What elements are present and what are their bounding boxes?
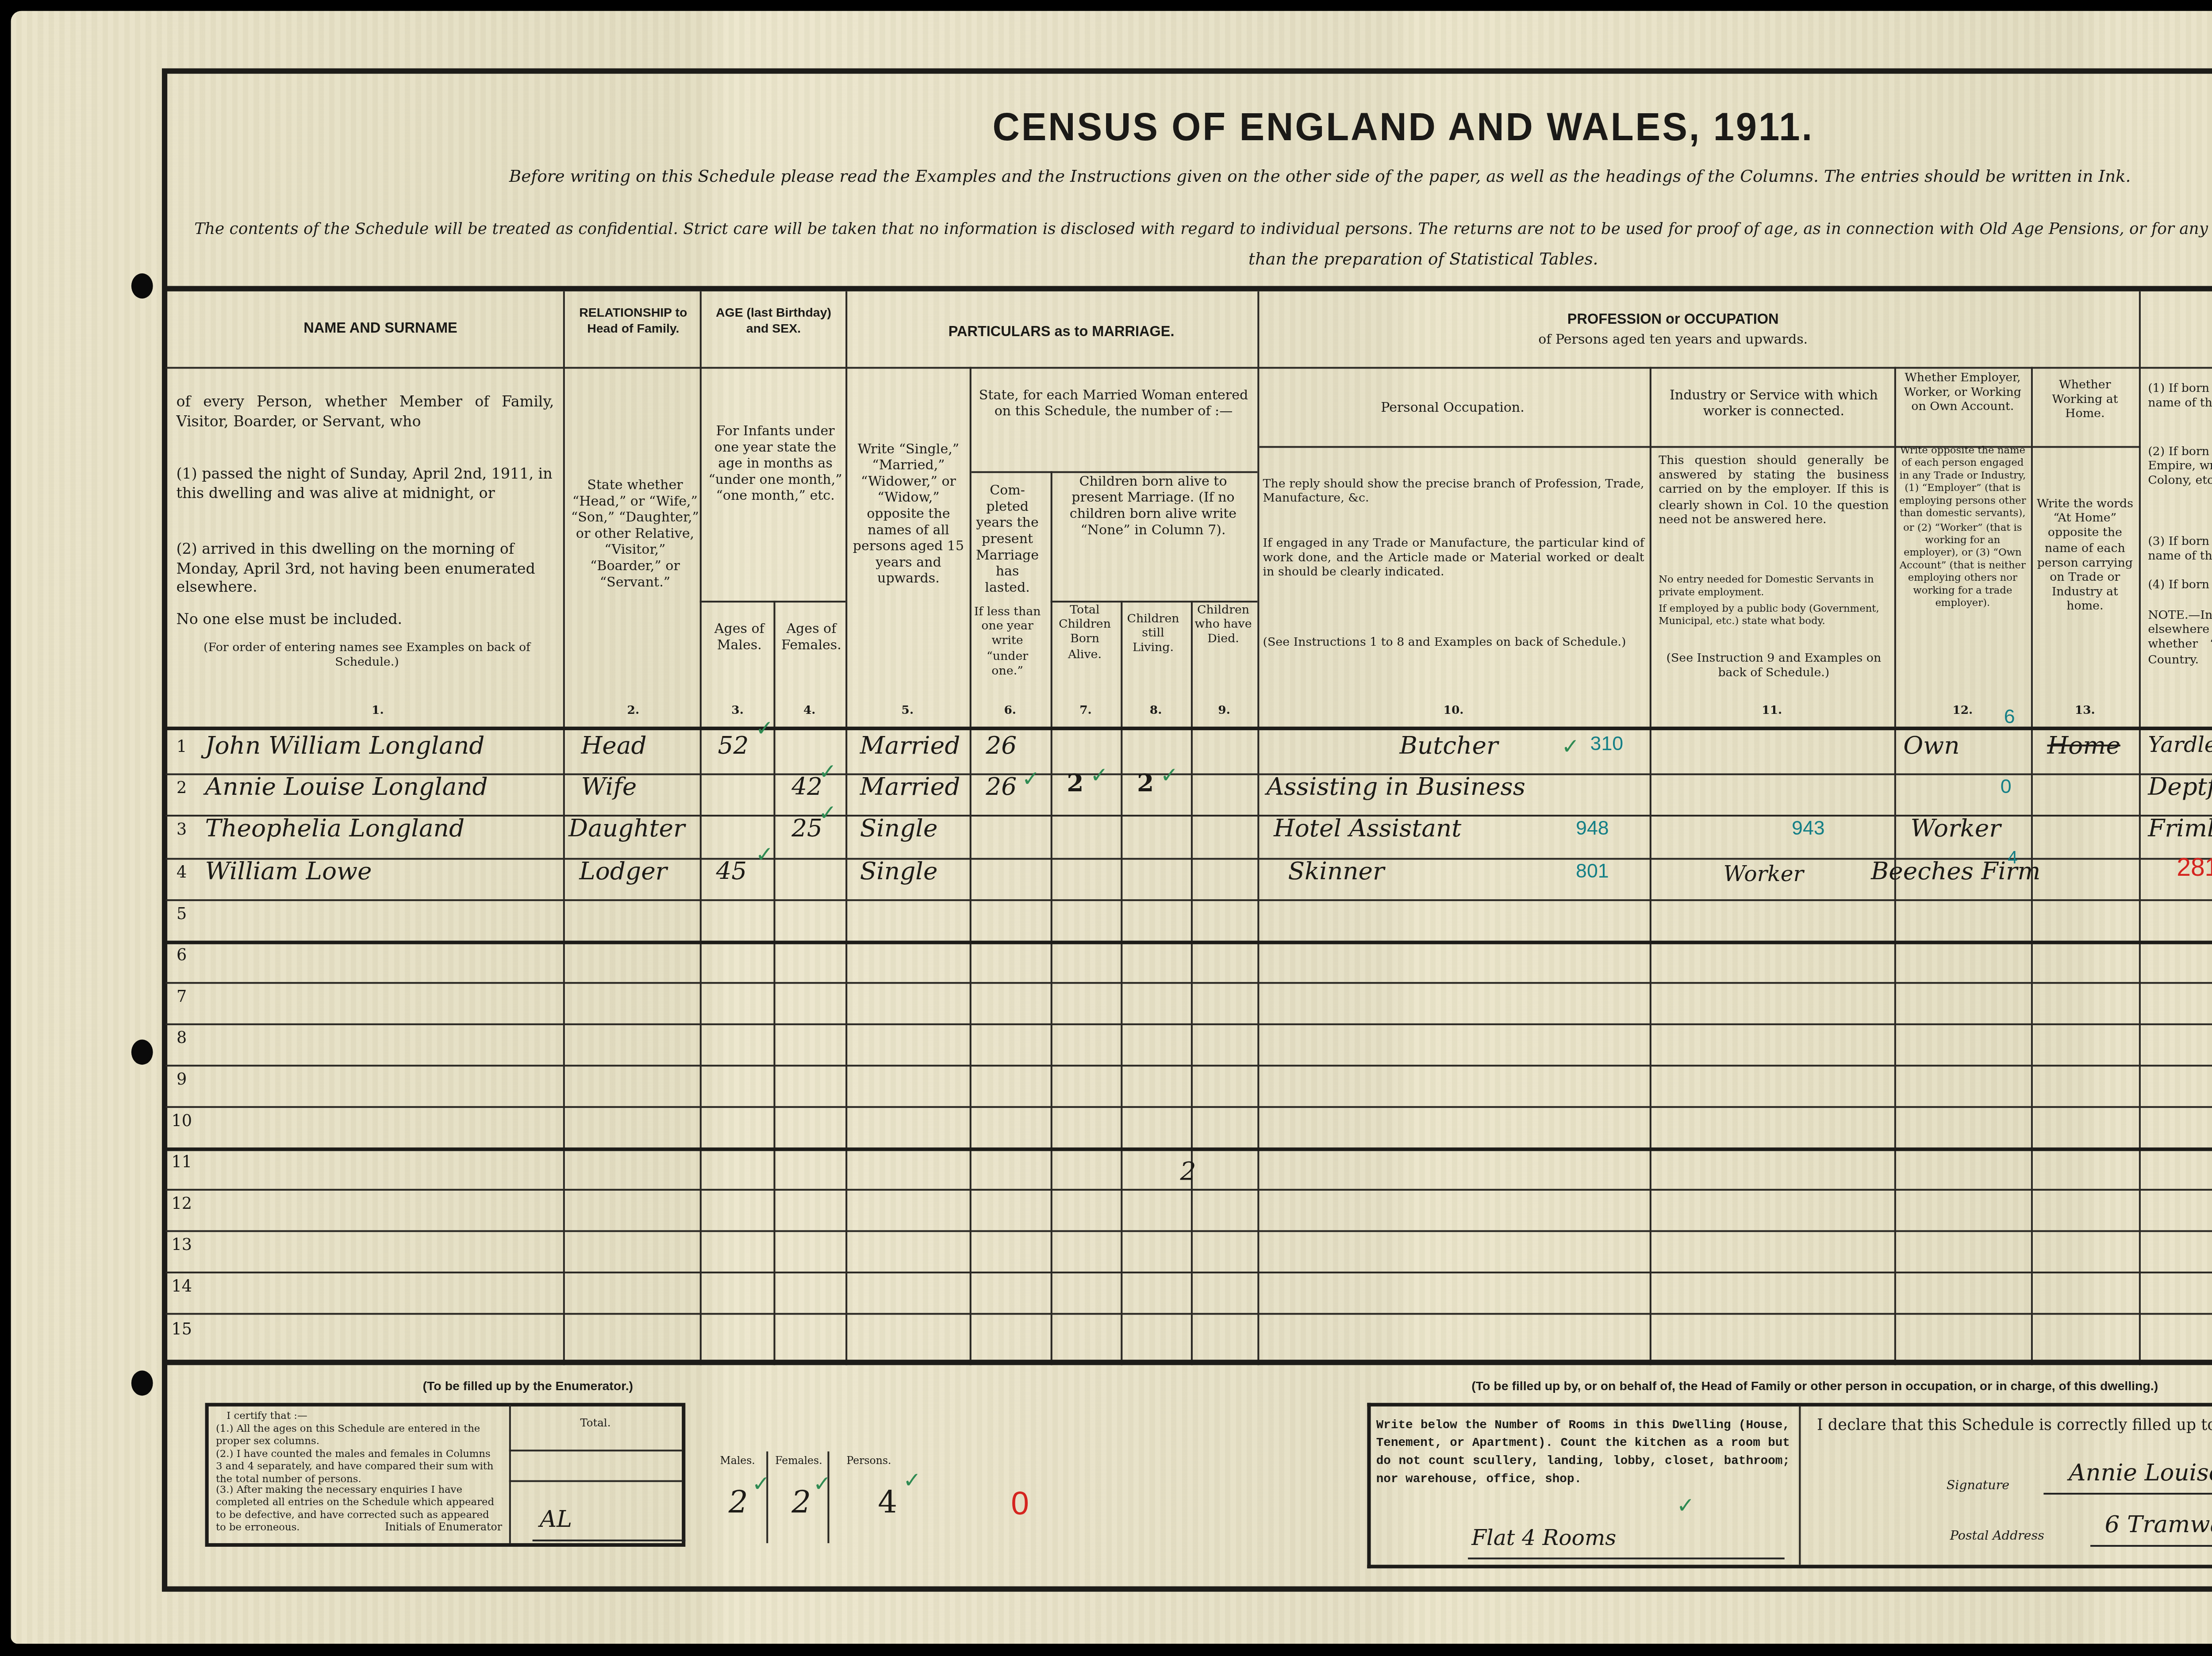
row11-col9-mark: 2 (1180, 1158, 1196, 1187)
header-employer-body: Write opposite the name of each person e… (1896, 446, 2029, 612)
header-divider (165, 367, 2212, 369)
cell-birthplace[interactable]: Yardley Hastings Northampton (2148, 732, 2212, 757)
cell-name[interactable]: Annie Louise Longland (205, 774, 488, 802)
header-name-order-note: (For order of entering names see Example… (176, 640, 557, 670)
cell-marital[interactable]: Married (860, 732, 960, 761)
header-birthplace-item1: (1) If born in the United Kingdom, write… (2148, 381, 2212, 411)
declaration-text: I declare that this Schedule is correctl… (1817, 1417, 2212, 1435)
punch-hole (131, 273, 153, 299)
header-profession: PROFESSION or OCCUPATION (1367, 311, 1979, 327)
row-number: 6 (169, 948, 194, 966)
total-label: Total. (509, 1417, 682, 1430)
cell-relationship[interactable]: Wife (581, 774, 637, 802)
header-children-living: Children still Living. (1121, 612, 1185, 656)
cell-occupation[interactable]: Hotel Assistant (1274, 815, 1461, 843)
header-name-no-one-else: No one else must be included. (176, 609, 554, 629)
signature-underline (2043, 1493, 2212, 1495)
header-birthplace-item2: (2) If born in any other part of the Bri… (2148, 444, 2212, 488)
cell-marital[interactable]: Single (860, 858, 938, 887)
check-icon: ✓ (752, 1471, 770, 1496)
row-number: 14 (169, 1279, 194, 1297)
header-industry-body4: (See Instruction 9 and Examples on back … (1659, 651, 1889, 681)
header-at-home: Whether Working at Home. (2033, 378, 2137, 422)
cell-age-female[interactable]: 42 (791, 774, 822, 802)
initials-value[interactable]: AL (540, 1507, 572, 1534)
initials-underline (533, 1540, 686, 1541)
row-divider (165, 982, 2212, 984)
cell-age-female[interactable]: 25 (791, 815, 822, 843)
cell-children-total[interactable]: 2 (1067, 770, 1083, 798)
cell-children-living[interactable]: 2 (1137, 770, 1154, 798)
header-divider (700, 601, 845, 602)
row-number: 12 (169, 1196, 194, 1214)
table-bottom-rule (165, 1360, 2212, 1365)
confidential-notice-cont: than the preparation of Statistical Tabl… (1248, 250, 1598, 270)
check-icon: ✓ (903, 1468, 921, 1493)
rooms-underline (1468, 1557, 1785, 1559)
header-marriage-completed-note: If less than one year write “under one.” (972, 604, 1044, 678)
cell-employment[interactable]: Worker (1910, 815, 2001, 843)
cell-relationship[interactable]: Daughter (568, 815, 685, 843)
row-divider-thick (165, 1147, 2212, 1151)
punch-hole (131, 1371, 153, 1396)
header-personal-occupation: Personal Occupation. (1259, 399, 1646, 416)
instruction-ink: Before writing on this Schedule please r… (509, 167, 2131, 187)
header-relationship: RELATIONSHIP to Head of Family. (565, 306, 702, 338)
cell-marital[interactable]: Single (860, 815, 938, 843)
cell-occupation-code: 310 (1590, 734, 1624, 755)
cell-industry-code: 943 (1792, 818, 1825, 840)
confidential-notice: The contents of the Schedule will be tre… (194, 221, 2212, 239)
header-birthplace: BIRTHPLACE (2144, 313, 2212, 330)
column-number: 1. (198, 703, 557, 718)
header-name-item1: (1) passed the night of Sunday, April 2n… (176, 464, 554, 502)
household-divider (1799, 1407, 1801, 1565)
header-employer: Whether Employer, Worker, or Working on … (1896, 371, 2029, 415)
check-icon: ✓ (1022, 766, 1040, 791)
column-number: 11. (1650, 703, 1894, 718)
males-label: Males. (707, 1457, 768, 1468)
col12-annotation: 0 (2001, 777, 2012, 799)
punch-hole (131, 1039, 153, 1065)
header-personal-body2: If engaged in any Trade or Manufacture, … (1263, 536, 1644, 580)
column-number: 14. (2139, 703, 2212, 718)
row-number: 15 (169, 1322, 194, 1340)
col-divider (1257, 291, 1259, 1365)
col-divider (1650, 367, 1651, 1365)
check-icon: ✓ (813, 1471, 831, 1496)
check-icon: ✓ (1677, 1493, 1695, 1518)
col-divider (563, 291, 565, 1365)
cell-marital[interactable]: Married (860, 774, 960, 802)
total-females-value[interactable]: 2 (791, 1486, 811, 1522)
signature-value[interactable]: Annie Louise Longland (2069, 1460, 2212, 1487)
check-icon: ✓ (1562, 734, 1580, 759)
col-divider (2139, 291, 2141, 1365)
header-name: NAME AND SURNAME (198, 320, 563, 337)
row-number: 9 (169, 1072, 194, 1090)
row-number: 1 (169, 739, 194, 757)
rooms-value[interactable]: Flat 4 Rooms (1471, 1525, 1616, 1550)
col12-annotation: 4 (2008, 849, 2018, 869)
signature-label: Signature (1947, 1478, 2009, 1493)
column-number: 8. (1121, 703, 1191, 718)
initials-label: Initials of Enumerator (385, 1523, 502, 1534)
col-divider (700, 291, 702, 1365)
check-icon: ✓ (1090, 763, 1108, 788)
cell-occupation[interactable]: Skinner (1288, 858, 1384, 887)
header-at-home-body: Write the words “At Home” opposite the n… (2033, 496, 2137, 614)
header-marriage-children: Children born alive to present Marriage.… (1052, 473, 1254, 537)
cell-relationship[interactable]: Lodger (579, 858, 667, 887)
row-number: 2 (169, 781, 194, 799)
header-industry-body3: If employed by a public body (Government… (1659, 604, 1889, 629)
cell-birthplace[interactable]: Frimley Surrey (2148, 815, 2212, 843)
page-title: CENSUS OF ENGLAND AND WALES, 1911. (805, 104, 2001, 151)
cell-employment[interactable]: Own (1903, 732, 1959, 761)
header-personal-body3: (See Instructions 1 to 8 and Examples on… (1263, 635, 1644, 649)
header-relationship-body: State whether “Head,” or “Wife,” “Son,” … (568, 477, 702, 590)
enumerator-certificate-text: I certify that :— (1.) All the ages on t… (216, 1412, 495, 1536)
certify-heading: I certify that :— (216, 1412, 495, 1424)
females-label: Females. (768, 1457, 829, 1468)
header-birthplace-item3: (3) If born in a Foreign Country, write … (2148, 534, 2212, 564)
column-number: 6. (970, 703, 1051, 718)
header-birthplace-item4: (4) If born at sea, write “At Sea.” (2148, 577, 2212, 592)
row-number: 4 (169, 865, 194, 883)
cell-birthplace[interactable]: Deptford Kent (2148, 774, 2212, 802)
header-children-died: Children who have Died. (1191, 602, 1256, 647)
cell-occupation-code: 948 (1576, 818, 1609, 840)
column-number: 2. (565, 703, 702, 718)
header-name-body: of every Person, whether Member of Famil… (176, 392, 554, 429)
column-number: 7. (1051, 703, 1121, 718)
column-number: 10. (1257, 703, 1649, 718)
total-persons-value[interactable]: 4 (878, 1486, 897, 1522)
cell-occupation-code: 801 (1576, 862, 1609, 883)
row-divider (165, 815, 2212, 816)
header-industry-body1: This question should generally be answer… (1659, 453, 1889, 527)
total-males-value[interactable]: 2 (729, 1486, 748, 1522)
row-number: 5 (169, 906, 194, 924)
row-number: 7 (169, 989, 194, 1007)
cell-name[interactable]: John William Longland (205, 732, 485, 761)
column-number: 9. (1191, 703, 1257, 718)
row-divider (165, 1065, 2212, 1066)
cell-at-home[interactable]: Home (2047, 732, 2120, 761)
row-divider (165, 1189, 2212, 1191)
cell-years-married[interactable]: 26 (986, 732, 1017, 761)
header-age: AGE (last Birthday) and SEX. (705, 306, 842, 338)
column-number: 13. (2031, 703, 2139, 718)
header-marriage-completed: Com-pleted years the present Marriage ha… (972, 482, 1044, 595)
header-children-total: Total Children Born Alive. (1052, 602, 1117, 661)
cell-years-married[interactable]: 26 (986, 774, 1017, 802)
certify-item-2: (2.) I have counted the males and female… (216, 1449, 495, 1486)
header-age-males: Ages of Males. (707, 621, 772, 653)
cell-occupation[interactable]: Butcher (1400, 732, 1498, 761)
header-bottom-rule (165, 727, 2212, 730)
cell-name[interactable]: William Lowe (205, 858, 372, 887)
header-birthplace-subtitle: of every person. (2144, 331, 2212, 347)
header-name-item2: (2) arrived in this dwelling on the morn… (176, 540, 554, 596)
cell-relationship[interactable]: Head (581, 732, 646, 761)
certify-item-1: (1.) All the ages on this Schedule are e… (216, 1424, 495, 1449)
column-number: 4. (774, 703, 846, 718)
header-profession-subtitle: of Persons aged ten years and upwards. (1367, 331, 1979, 347)
check-icon: ✓ (818, 801, 837, 826)
check-icon: ✓ (1160, 763, 1179, 788)
rooms-instruction: Write below the Number of Rooms in this … (1376, 1417, 1790, 1489)
row-divider (165, 1230, 2212, 1232)
cell-age-male[interactable]: 52 (718, 732, 749, 761)
cell-occupation[interactable]: Assisting in Business (1267, 774, 1525, 802)
header-industry-body2: No entry needed for Domestic Servants in… (1659, 575, 1889, 601)
enumerator-heading: (To be filled up by the Enumerator.) (423, 1381, 634, 1394)
persons-label: Persons. (829, 1457, 909, 1468)
row-divider (165, 1313, 2212, 1315)
address-value[interactable]: 6 Tramway Terrace Mitcham (2105, 1513, 2212, 1540)
header-marriage-write: Write “Single,” “Married,” “Widower,” or… (849, 441, 968, 586)
household-heading: (To be filled up by, or on behalf of, th… (1471, 1381, 2158, 1394)
col12-annotation: 6 (2004, 707, 2015, 728)
check-icon: ✓ (756, 842, 774, 867)
cell-industry[interactable]: Worker (1724, 862, 1804, 887)
row-divider (165, 1272, 2212, 1273)
row-divider-thick (165, 941, 2212, 944)
row-number: 10 (169, 1113, 194, 1131)
header-marriage: PARTICULARS as to MARRIAGE. (864, 324, 1260, 340)
row-number: 11 (169, 1155, 194, 1173)
row-divider (165, 1023, 2212, 1025)
census-schedule-page: CENSUS OF ENGLAND AND WALES, 1911. Befor… (0, 0, 2212, 1656)
column-number: 5. (845, 703, 970, 718)
row-divider (165, 1106, 2212, 1108)
check-icon: ✓ (818, 759, 837, 784)
check-icon: ✓ (756, 716, 774, 741)
row-number: 8 (169, 1031, 194, 1049)
cell-age-male[interactable]: 45 (716, 858, 747, 887)
totals-divider (509, 1480, 682, 1482)
row4-birthplace-annotation: 281 (2177, 852, 2212, 881)
totals-red-mark: 0 (1011, 1486, 1029, 1523)
header-age-females: Ages of Females. (777, 621, 846, 653)
header-age-body: For Infants under one year state the age… (705, 423, 845, 504)
address-label: Postal Address (1950, 1529, 2044, 1543)
address-underline (2090, 1545, 2212, 1547)
totals-divider (509, 1449, 682, 1451)
cell-name[interactable]: Theophelia Longland (205, 815, 465, 843)
col-divider (845, 291, 847, 1365)
row-number: 3 (169, 822, 194, 840)
row-divider (165, 899, 2212, 901)
header-personal-body1: The reply should show the precise branch… (1263, 477, 1644, 506)
header-marriage-state: State, for each Married Woman entered on… (973, 387, 1254, 419)
header-industry: Industry or Service with which worker is… (1655, 387, 1893, 419)
header-birthplace-note: NOTE.—In the case of persons born elsewh… (2148, 608, 2212, 667)
row-number: 13 (169, 1238, 194, 1256)
